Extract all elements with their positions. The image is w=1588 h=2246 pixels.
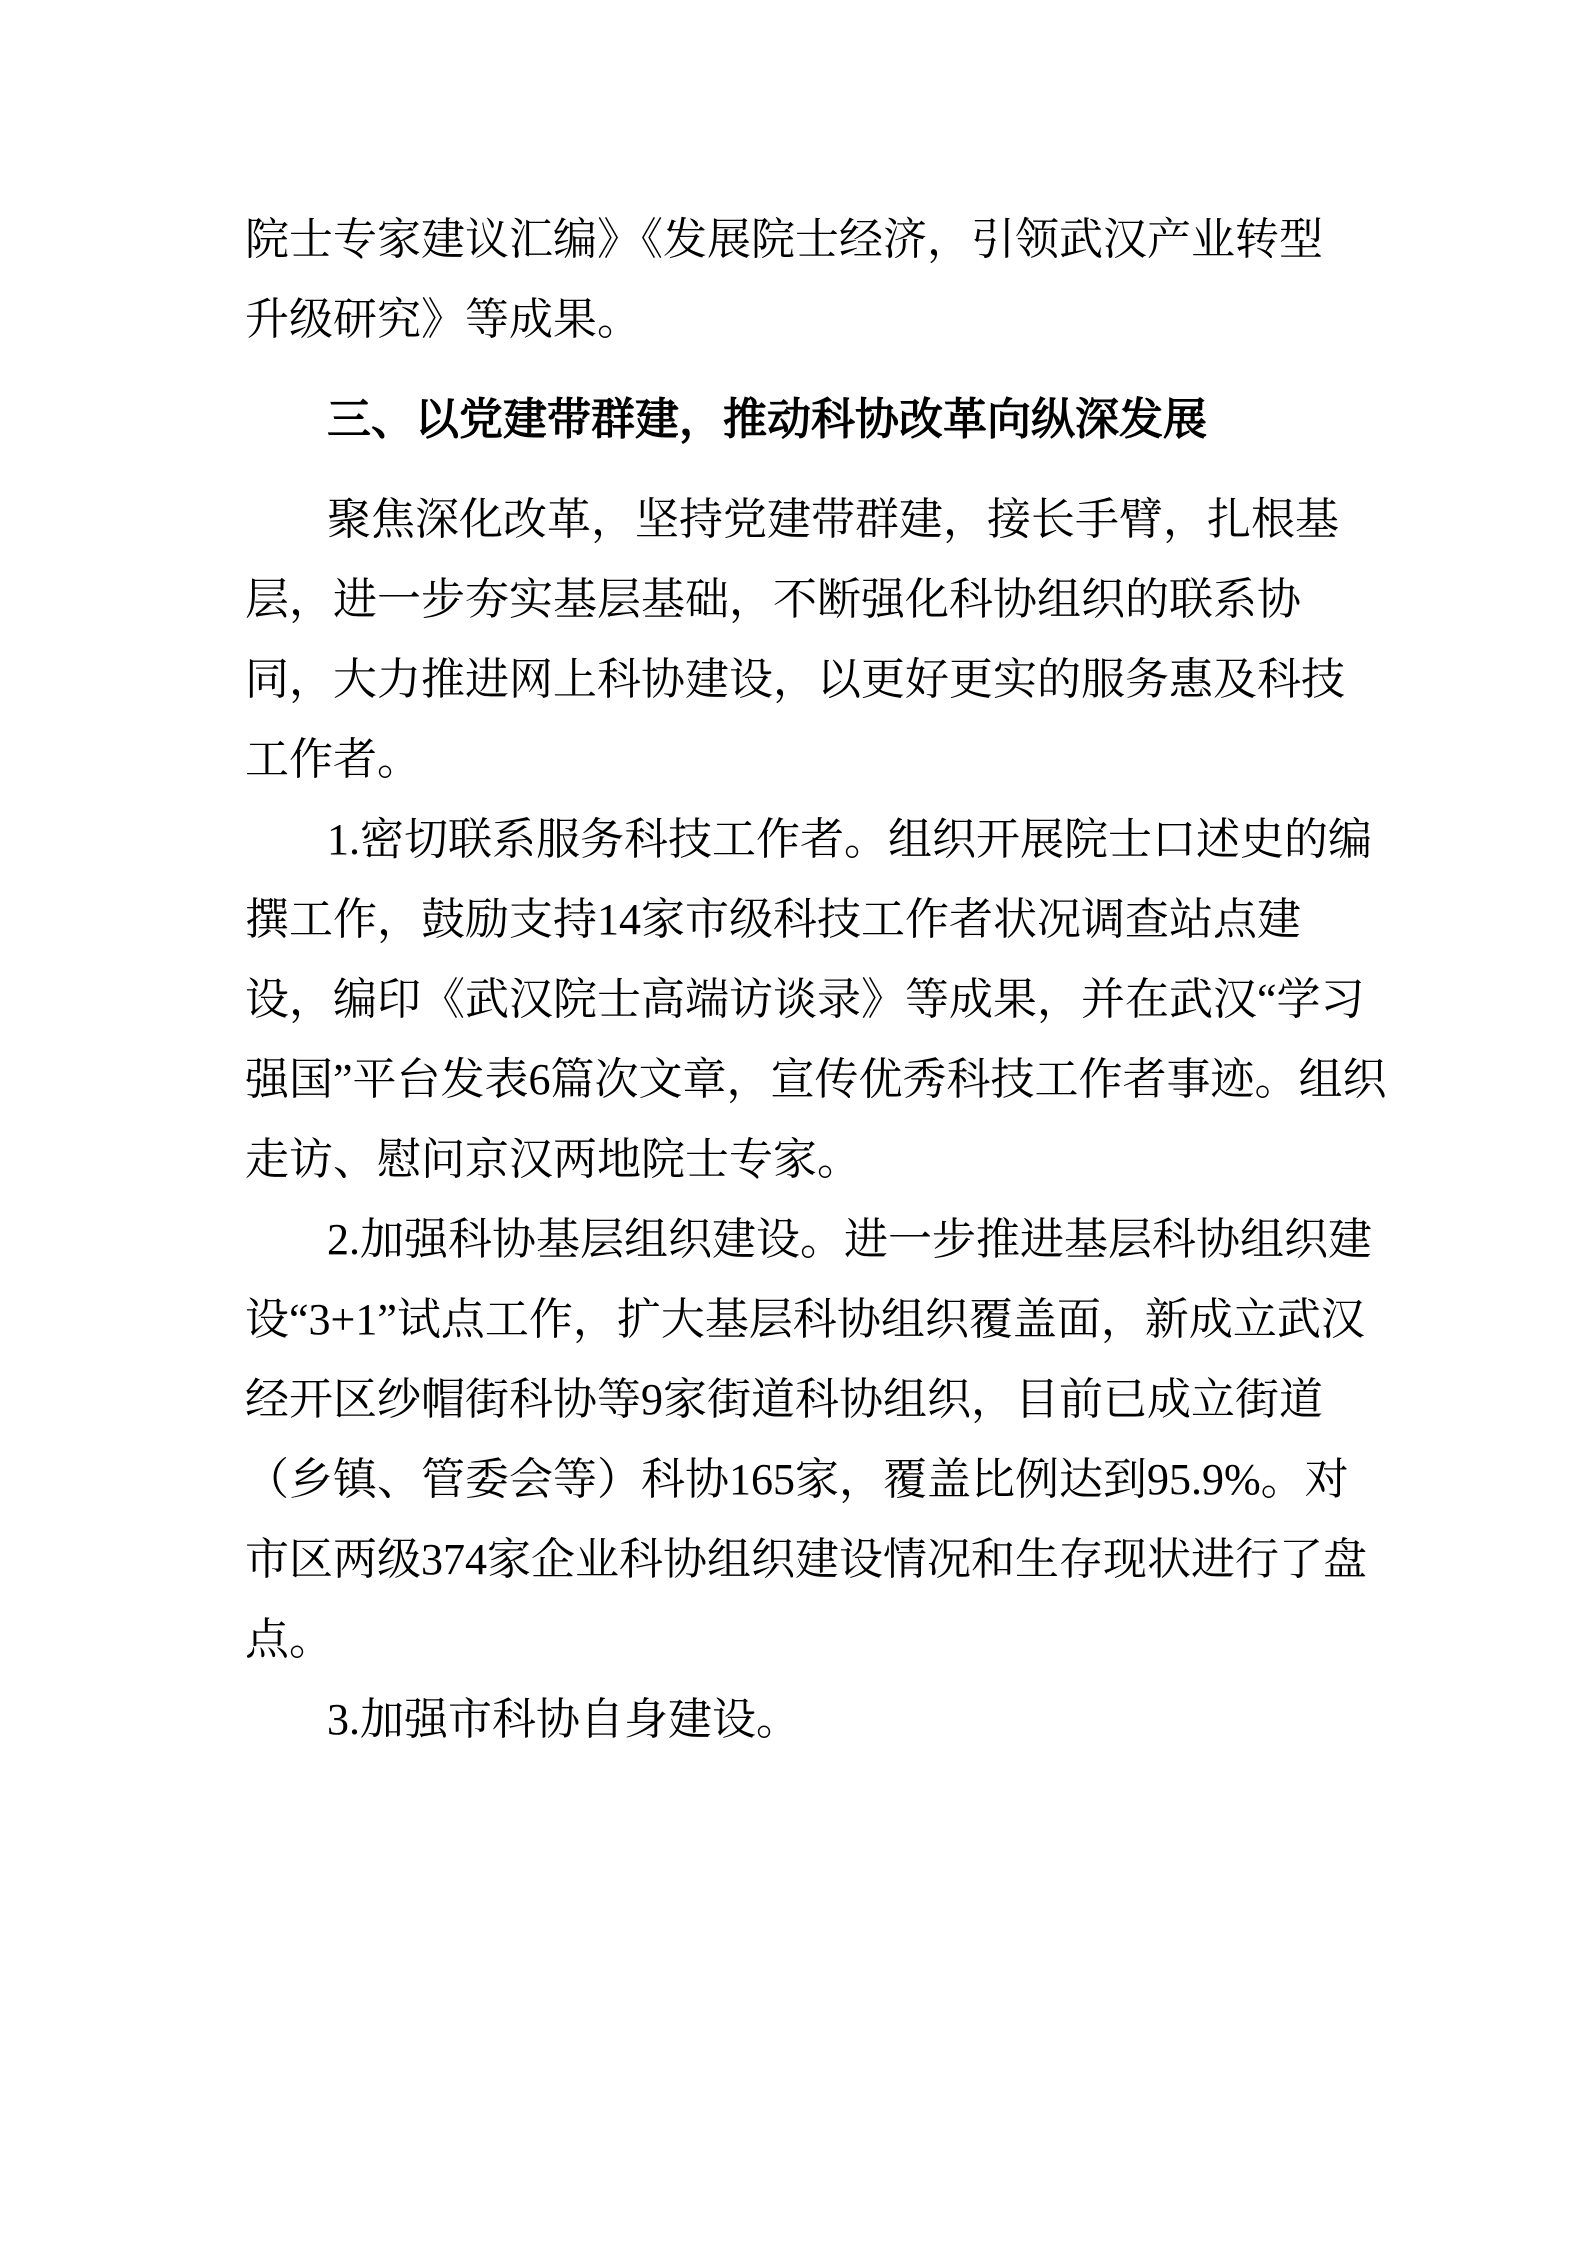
paragraph-line: 走访、慰问京汉两地院士专家。 xyxy=(245,1120,1338,1200)
paragraph-line: 3.加强市科协自身建设。 xyxy=(245,1680,1338,1760)
document-page: 院士专家建议汇编》《发展院士经济，引领武汉产业转型 升级研究》等成果。 三、以党… xyxy=(0,0,1588,2246)
paragraph-line: 强国”平台发表6篇次文章，宣传优秀科技工作者事迹。组织 xyxy=(245,1040,1338,1120)
paragraph-line: （乡镇、管委会等）科协165家，覆盖比例达到95.9%。对 xyxy=(245,1440,1338,1520)
paragraph-line: 设，编印《武汉院士高端访谈录》等成果，并在武汉“学习 xyxy=(245,960,1338,1040)
paragraph-line: 市区两级374家企业科协组织建设情况和生存现状进行了盘 xyxy=(245,1520,1338,1600)
paragraph-line: 工作者。 xyxy=(245,720,1338,800)
paragraph-line: 点。 xyxy=(245,1600,1338,1680)
paragraph-line: 层，进一步夯实基层基础，不断强化科协组织的联系协 xyxy=(245,560,1338,640)
paragraph-line: 2.加强科协基层组织建设。进一步推进基层科协组织建 xyxy=(245,1200,1338,1280)
paragraph-line: 聚焦深化改革，坚持党建带群建，接长手臂，扎根基 xyxy=(245,480,1338,560)
paragraph-line: 同，大力推进网上科协建设，以更好更实的服务惠及科技 xyxy=(245,640,1338,720)
paragraph-line: 升级研究》等成果。 xyxy=(245,280,1338,360)
paragraph-line: 设“3+1”试点工作，扩大基层科协组织覆盖面，新成立武汉 xyxy=(245,1280,1338,1360)
section-heading: 三、以党建带群建，推动科协改革向纵深发展 xyxy=(245,380,1338,460)
paragraph-line: 撰工作，鼓励支持14家市级科技工作者状况调查站点建 xyxy=(245,880,1338,960)
paragraph-line: 院士专家建议汇编》《发展院士经济，引领武汉产业转型 xyxy=(245,200,1338,280)
paragraph-line: 1.密切联系服务科技工作者。组织开展院士口述史的编 xyxy=(245,800,1338,880)
paragraph-line: 经开区纱帽街科协等9家街道科协组织，目前已成立街道 xyxy=(245,1360,1338,1440)
